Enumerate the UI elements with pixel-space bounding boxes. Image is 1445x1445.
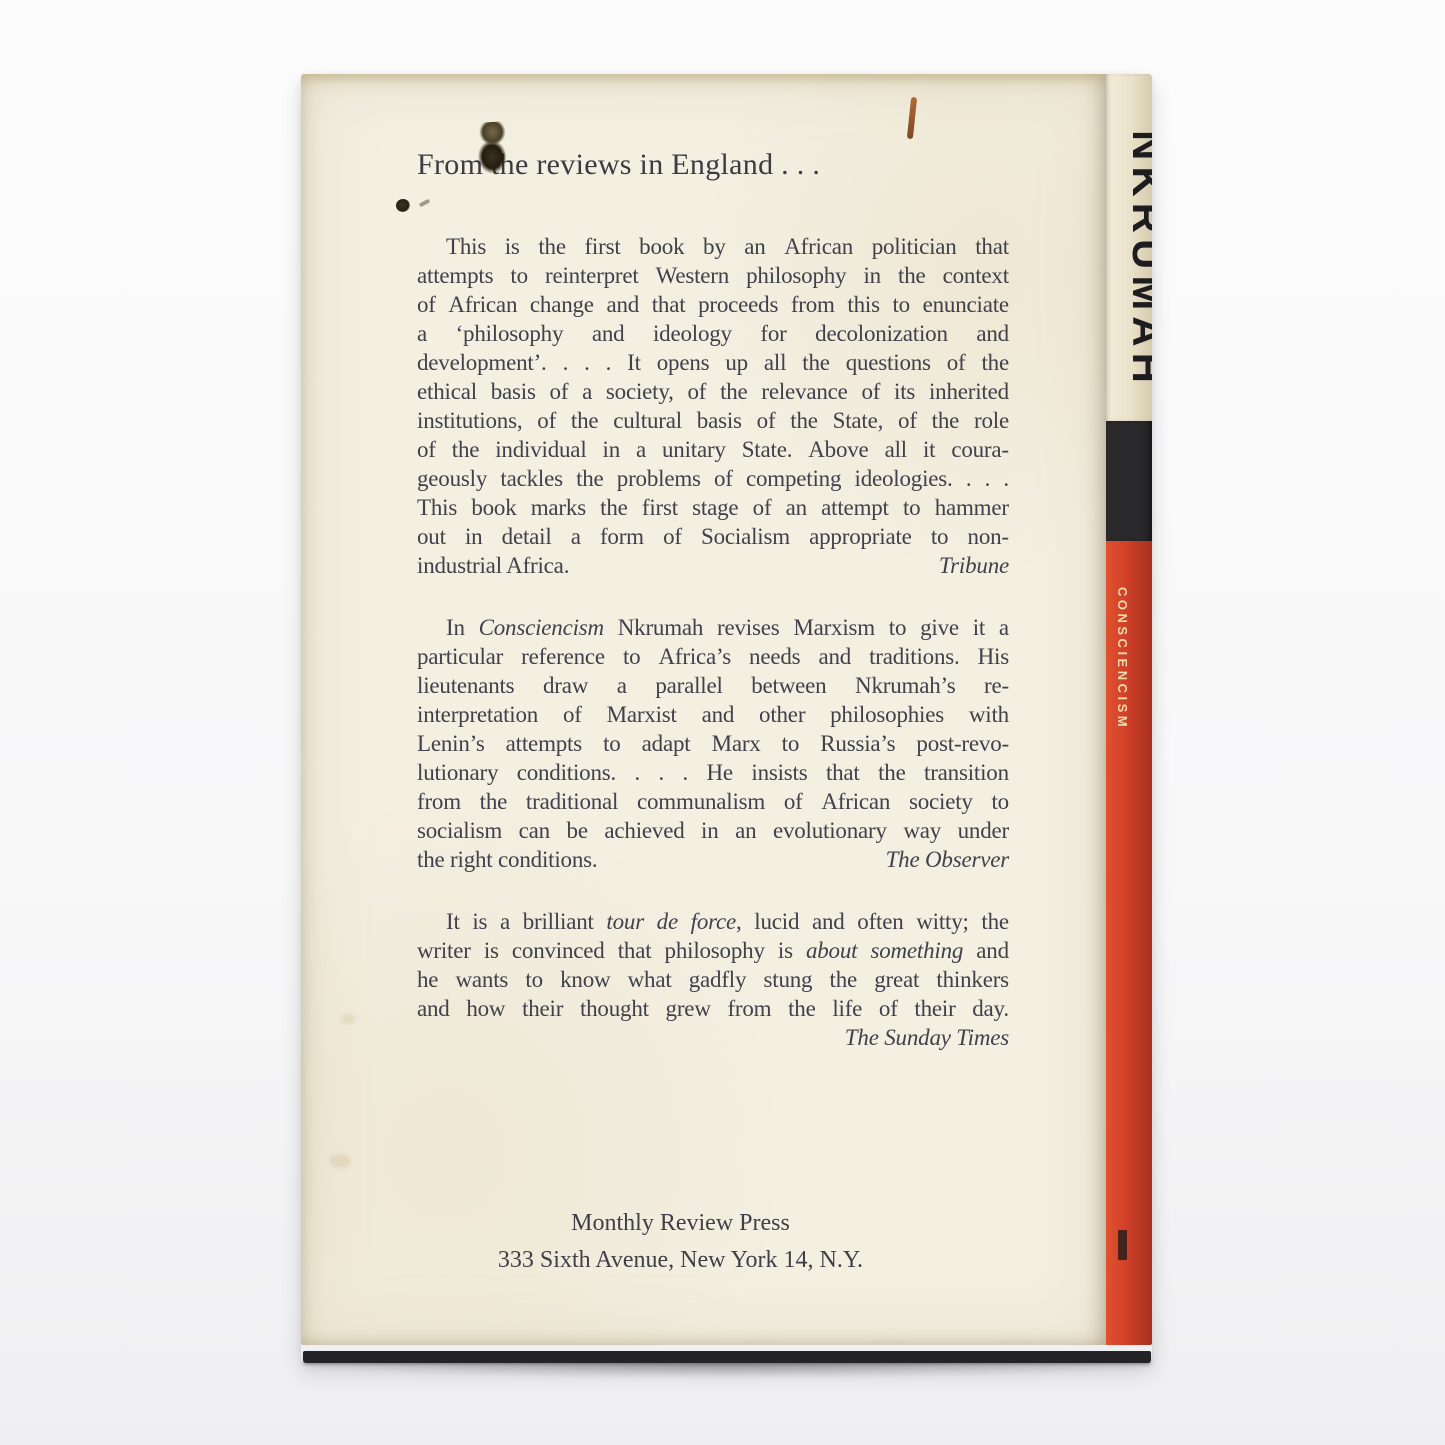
review-line: ofAfricanchangeandthatproceedsfromthisto… xyxy=(417,290,1009,319)
review-end-text: industrial Africa. xyxy=(417,551,569,580)
review-line: andhowtheirthoughtgrewfromthelifeoftheir… xyxy=(417,994,1009,1023)
review-line: attemptstoreinterpretWesternphilosophyin… xyxy=(417,261,1009,290)
review-line: lutionaryconditions....Heinsiststhatthet… xyxy=(417,758,1009,787)
book-back-cover: From the reviews in England . . . Thisis… xyxy=(301,74,1152,1363)
review-line: Thisbookmarksthefirststageofanattempttoh… xyxy=(417,493,1009,522)
review-line: writerisconvincedthatphilosophyisaboutso… xyxy=(417,936,1009,965)
dust-jacket-back: From the reviews in England . . . Thisis… xyxy=(301,74,1106,1345)
review-line: Lenin’sattemptstoadaptMarxtoRussia’spost… xyxy=(417,729,1009,758)
review-line: interpretationofMarxistandotherphilosoph… xyxy=(417,700,1009,729)
spine: NKRUMAH CONSCIENCISM xyxy=(1106,74,1152,1345)
review-paragraph: Itisabrillianttourdeforce,lucidandoftenw… xyxy=(417,907,1009,1052)
spine-title-box: CONSCIENCISM xyxy=(1115,587,1133,812)
review-attribution: Tribune xyxy=(939,551,1009,580)
review-endline: The Sunday Times xyxy=(417,1023,1009,1052)
spine-black-band xyxy=(1106,421,1152,541)
review-attribution: The Observer xyxy=(886,845,1009,874)
review-line: a‘philosophyandideologyfordecolonization… xyxy=(417,319,1009,348)
review-line: outindetailaformofSocialismappropriateto… xyxy=(417,522,1009,551)
publisher-block: Monthly Review Press 333 Sixth Avenue, N… xyxy=(301,1205,1060,1279)
review-endline: the right conditions.The Observer xyxy=(417,845,1009,874)
ink-stain-large xyxy=(475,121,511,179)
ink-stain-dot xyxy=(396,199,410,212)
review-line: hewantstoknowwhatgadflystungthegreatthin… xyxy=(417,965,1009,994)
review-line: development’....Itopensupallthequestions… xyxy=(417,348,1009,377)
foxing-spot xyxy=(341,1014,355,1024)
review-line: ThisisthefirstbookbyanAfricanpoliticiant… xyxy=(417,232,1009,261)
review-line: ethicalbasisofasociety,oftherelevanceofi… xyxy=(417,377,1009,406)
review-paragraph: ThisisthefirstbookbyanAfricanpoliticiant… xyxy=(417,232,1009,580)
spine-dark-mark xyxy=(1118,1230,1127,1260)
board-bottom-edge xyxy=(303,1351,1151,1363)
review-line: Itisabrillianttourdeforce,lucidandoftenw… xyxy=(417,907,1009,936)
review-end-text: the right conditions. xyxy=(417,845,597,874)
review-attribution: The Sunday Times xyxy=(845,1023,1009,1052)
foxing-spot xyxy=(329,1154,351,1168)
reviews: ThisisthefirstbookbyanAfricanpoliticiant… xyxy=(417,232,1009,1085)
review-line: lieutenantsdrawaparallelbetweenNkrumah’s… xyxy=(417,671,1009,700)
review-endline: industrial Africa.Tribune xyxy=(417,551,1009,580)
photo-background: From the reviews in England . . . Thisis… xyxy=(0,0,1445,1445)
spine-title-text: CONSCIENCISM xyxy=(1115,587,1130,730)
review-line: particularreferencetoAfrica’sneedsandtra… xyxy=(417,642,1009,671)
review-line: fromthetraditionalcommunalismofAfricanso… xyxy=(417,787,1009,816)
review-paragraph: InConsciencismNkrumahrevisesMarxismtogiv… xyxy=(417,613,1009,874)
spine-author-text: NKRUMAH xyxy=(1123,130,1152,389)
ink-smudge xyxy=(419,199,431,208)
spine-top-section: NKRUMAH xyxy=(1106,74,1152,421)
publisher-address: 333 Sixth Avenue, New York 14, N.Y. xyxy=(301,1242,1060,1279)
publisher-name: Monthly Review Press xyxy=(301,1205,1060,1242)
review-line: oftheindividualinaunitaryState.Abovealli… xyxy=(417,435,1009,464)
rust-mark xyxy=(907,97,917,139)
review-line: geouslytacklestheproblemsofcompetingideo… xyxy=(417,464,1009,493)
review-line: InConsciencismNkrumahrevisesMarxismtogiv… xyxy=(417,613,1009,642)
spine-red-section: CONSCIENCISM xyxy=(1106,541,1152,1345)
review-line: institutions,oftheculturalbasisoftheStat… xyxy=(417,406,1009,435)
review-line: socialismcanbeachievedinanevolutionarywa… xyxy=(417,816,1009,845)
